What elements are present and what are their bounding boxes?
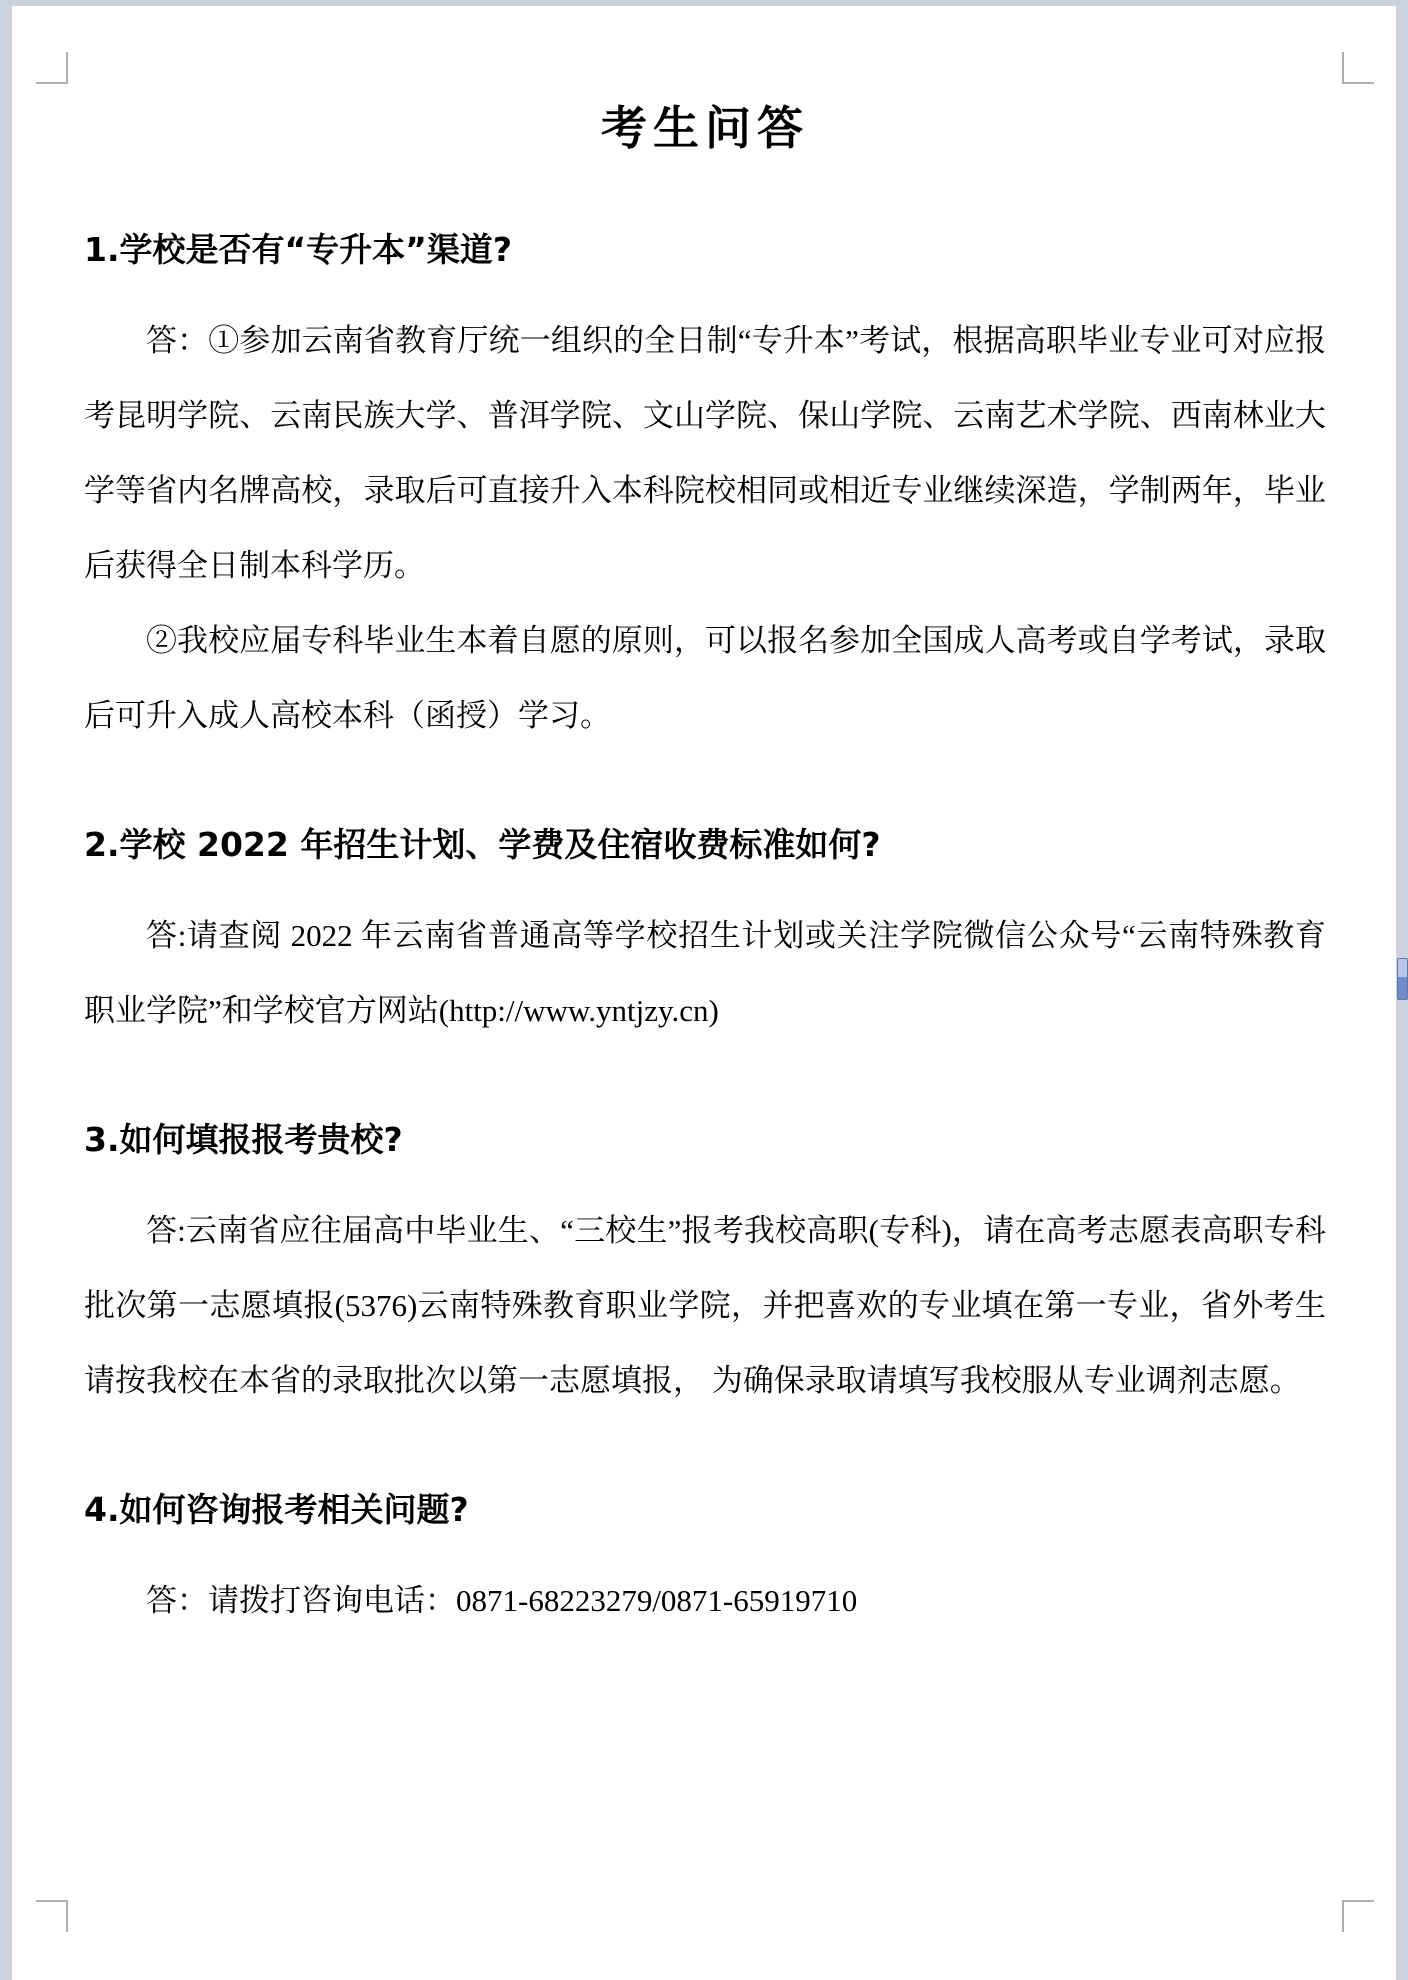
document-content: 考生问答 1.学校是否有“专升本”渠道?答：①参加云南省教育厅统一组织的全日制“… [12, 92, 1396, 1638]
question-heading: 2.学校 2022 年招生计划、学费及住宿收费标准如何? [84, 819, 1326, 866]
crop-mark-bottom-right-icon [1342, 1900, 1374, 1932]
qa-block: 1.学校是否有“专升本”渠道?答：①参加云南省教育厅统一组织的全日制“专升本”考… [84, 224, 1326, 753]
answer-paragraph: 答：请拨打咨询电话：0871-68223279/0871-65919710 [84, 1563, 1326, 1638]
answer-paragraph: 答：①参加云南省教育厅统一组织的全日制“专升本”考试，根据高职毕业专业可对应报考… [84, 303, 1326, 603]
qa-block: 2.学校 2022 年招生计划、学费及住宿收费标准如何?答:请查阅 2022 年… [84, 819, 1326, 1048]
question-heading: 1.学校是否有“专升本”渠道? [84, 224, 1326, 271]
answer-paragraph: 答:请查阅 2022 年云南省普通高等学校招生计划或关注学院微信公众号“云南特殊… [84, 898, 1326, 1048]
page-title: 考生问答 [84, 92, 1326, 158]
crop-mark-top-left-icon [36, 52, 68, 84]
crop-mark-bottom-left-icon [36, 1900, 68, 1932]
question-heading: 3.如何填报报考贵校? [84, 1114, 1326, 1161]
crop-mark-top-right-icon [1342, 52, 1374, 84]
answer-paragraph: ②我校应届专科毕业生本着自愿的原则，可以报名参加全国成人高考或自学考试，录取后可… [84, 603, 1326, 753]
scrollbar-thumb[interactable] [1397, 958, 1408, 1000]
qa-list: 1.学校是否有“专升本”渠道?答：①参加云南省教育厅统一组织的全日制“专升本”考… [84, 224, 1326, 1638]
qa-block: 4.如何咨询报考相关问题?答：请拨打咨询电话：0871-68223279/087… [84, 1484, 1326, 1638]
question-heading: 4.如何咨询报考相关问题? [84, 1484, 1326, 1531]
qa-block: 3.如何填报报考贵校?答:云南省应往届高中毕业生、“三校生”报考我校高职(专科)… [84, 1114, 1326, 1418]
document-page: 考生问答 1.学校是否有“专升本”渠道?答：①参加云南省教育厅统一组织的全日制“… [12, 6, 1396, 1980]
answer-paragraph: 答:云南省应往届高中毕业生、“三校生”报考我校高职(专科)，请在高考志愿表高职专… [84, 1193, 1326, 1418]
